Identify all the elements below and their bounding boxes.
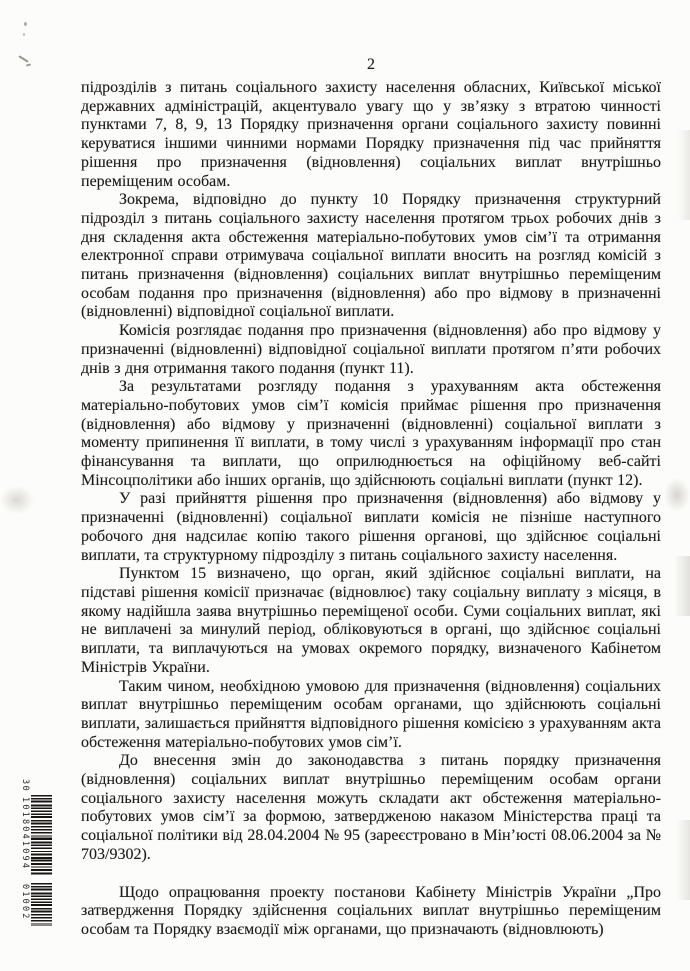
document-body: підрозділів з питань соціального захисту… bbox=[81, 79, 661, 940]
barcode-lower-digits: 01002 bbox=[20, 884, 30, 921]
barcode-bars-lower bbox=[31, 883, 52, 926]
paragraph: Пунктом 15 визначено, що орган, який зді… bbox=[81, 565, 661, 677]
page-number: 2 bbox=[81, 56, 661, 74]
paragraph: Комісія розглядає подання про призначенн… bbox=[81, 322, 661, 378]
scan-artifact-pen-mark bbox=[26, 63, 31, 66]
paragraph: Зокрема, відповідно до пункту 10 Порядку… bbox=[81, 191, 661, 322]
scan-artifact-pen-mark bbox=[18, 55, 28, 63]
paragraph-continuation: підрозділів з питань соціального захисту… bbox=[81, 79, 661, 191]
scan-artifact-shading bbox=[664, 478, 690, 512]
scan-artifact-shading bbox=[674, 556, 690, 616]
scan-artifact-shading bbox=[0, 486, 34, 514]
scan-artifact-speck bbox=[23, 33, 25, 36]
paragraph: У разі прийняття рішення про призначення… bbox=[81, 490, 661, 565]
barcode-prefix-digits: 30 bbox=[20, 779, 30, 792]
scan-artifact-speck bbox=[24, 22, 27, 26]
paragraph: Щодо опрацювання проекту постанови Кабін… bbox=[81, 884, 661, 940]
scanned-document-page: 2 підрозділів з питань соціального захис… bbox=[0, 0, 690, 971]
barcode-upper-digits: 1018041094 bbox=[20, 797, 30, 870]
scan-artifact-shading bbox=[676, 820, 690, 900]
paragraph: За результатами розгляду подання з ураху… bbox=[81, 378, 661, 490]
paragraph: Таким чином, необхідною умовою для призн… bbox=[81, 678, 661, 753]
scan-artifact-shading bbox=[678, 130, 690, 220]
barcode: 30 1018041094 01002 bbox=[0, 770, 60, 950]
paragraph: До внесення змін до законодавства з пита… bbox=[81, 752, 661, 864]
barcode-bars-upper bbox=[31, 795, 52, 875]
